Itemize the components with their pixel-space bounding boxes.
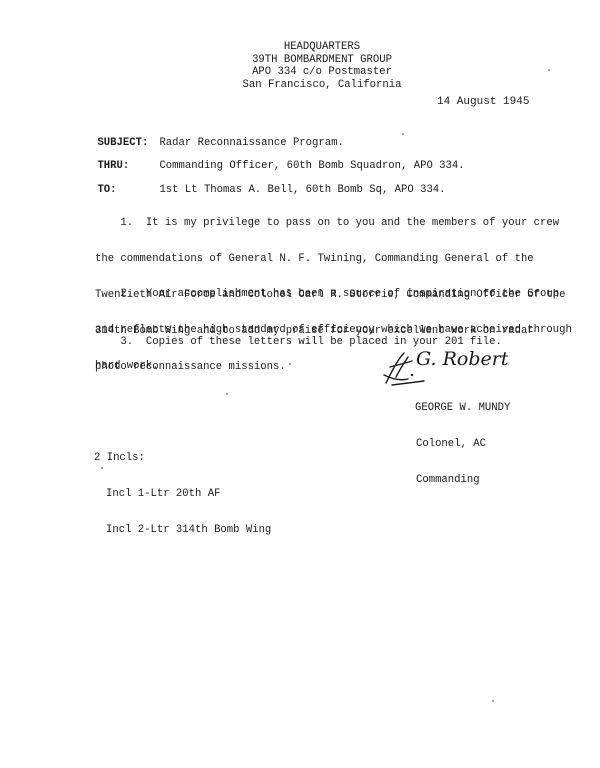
inclosures-heading: 2 Incls: xyxy=(94,452,271,464)
scan-speck xyxy=(402,133,404,135)
signature-block: GEORGE W. MUNDY Colonel, AC Commanding xyxy=(415,378,510,510)
letter-page: HEADQUARTERS 39TH BOMBARDMENT GROUP APO … xyxy=(0,0,600,768)
letterhead: HEADQUARTERS 39TH BOMBARDMENT GROUP APO … xyxy=(200,41,444,91)
thru-value: Commanding Officer, 60th Bomb Squadron, … xyxy=(159,160,464,172)
letterhead-line-2: 39TH BOMBARDMENT GROUP xyxy=(200,54,444,67)
signer-rank: Colonel, AC xyxy=(415,438,510,450)
letterhead-line-1: HEADQUARTERS xyxy=(200,41,444,54)
letterhead-line-3: APO 334 c/o Postmaster xyxy=(200,66,444,79)
thru-label: THRU: xyxy=(97,160,159,172)
signer-title: Commanding xyxy=(415,474,510,486)
inclosure-item: Incl 1-Ltr 20th AF xyxy=(94,488,271,500)
scan-speck xyxy=(101,467,103,469)
letter-date: 14 August 1945 xyxy=(437,96,529,108)
inclosures: 2 Incls: Incl 1-Ltr 20th AF Incl 2-Ltr 3… xyxy=(94,428,271,560)
inclosure-item: Incl 2-Ltr 314th Bomb Wing xyxy=(94,524,271,536)
signature-text: G. Roberts xyxy=(416,348,508,370)
paragraph-line: 1. It is my privilege to pass on to you … xyxy=(95,217,530,229)
scan-speck xyxy=(548,69,550,71)
scan-speck xyxy=(374,291,376,293)
letterhead-line-4: San Francisco, California xyxy=(200,79,444,92)
paragraph-line: 2. Your accomplishment has been a source… xyxy=(95,288,530,300)
scan-speck xyxy=(226,393,228,395)
scan-speck xyxy=(289,363,291,365)
signer-name: GEORGE W. MUNDY xyxy=(415,402,510,414)
scan-speck xyxy=(492,700,494,702)
